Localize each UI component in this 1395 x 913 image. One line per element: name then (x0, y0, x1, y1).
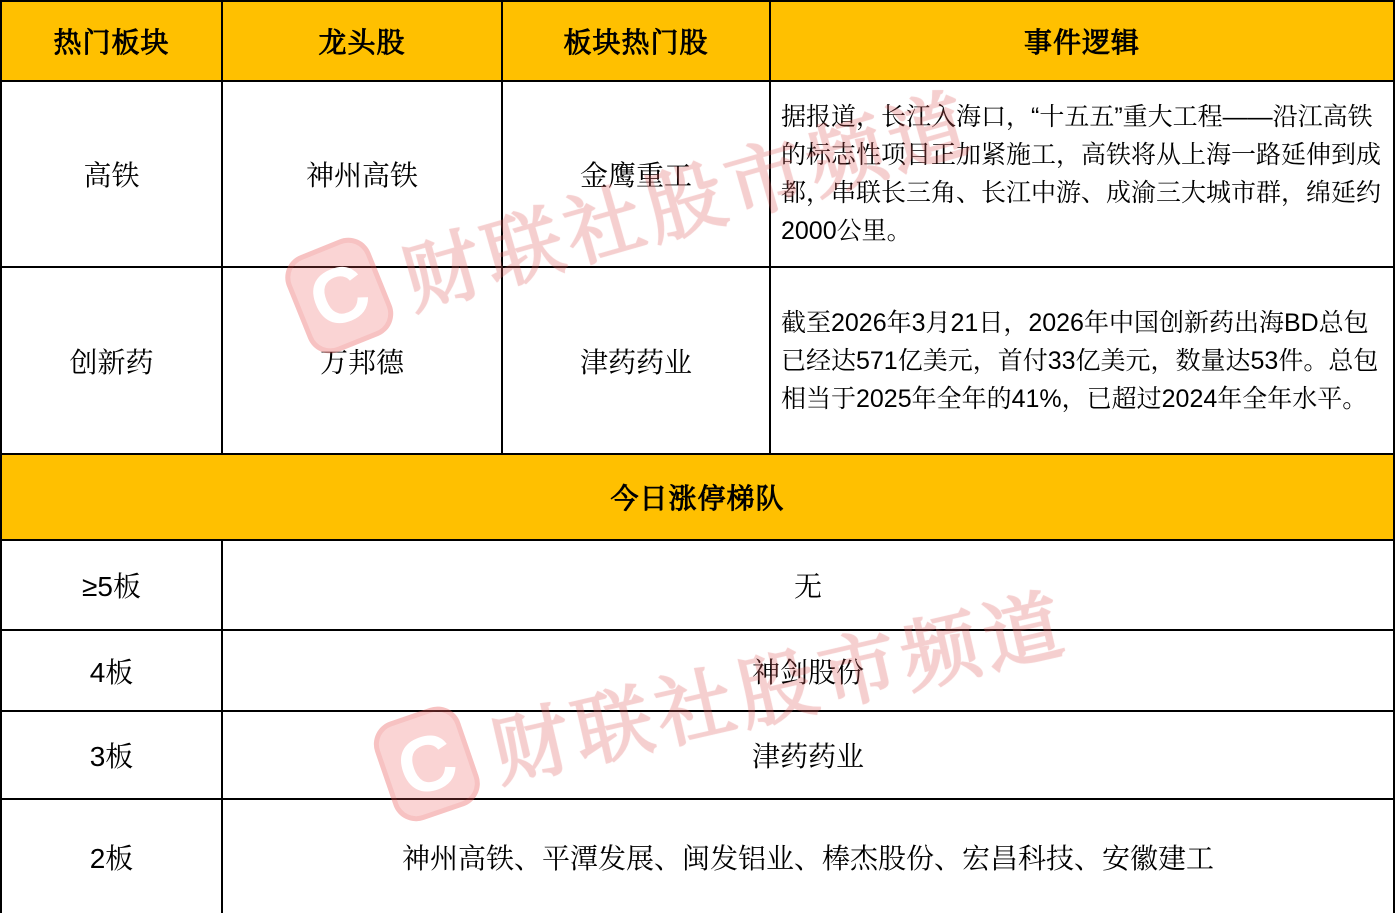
cell-hotstock-innovative-drug: 津药药业 (503, 268, 771, 455)
ladder-tier-2: 2板 (2, 800, 223, 913)
cell-leader-innovative-drug: 万邦德 (223, 268, 503, 455)
col-header-event-logic: 事件逻辑 (771, 2, 1393, 82)
ladder-stocks-2: 神州高铁、平潭发展、闽发铝业、棒杰股份、宏昌科技、安徽建工 (223, 800, 1393, 913)
ladder-stocks-3: 津药药业 (223, 712, 1393, 800)
col-header-sector-hot-stock: 板块热门股 (503, 2, 771, 82)
cell-sector-highspeed-rail: 高铁 (2, 82, 223, 268)
ladder-stocks-4: 神剑股份 (223, 631, 1393, 712)
cell-leader-highspeed-rail: 神州高铁 (223, 82, 503, 268)
hot-sector-table: 热门板块 龙头股 板块热门股 事件逻辑 高铁 神州高铁 金鹰重工 据报道，长江入… (0, 0, 1395, 913)
stock-table-page: 热门板块 龙头股 板块热门股 事件逻辑 高铁 神州高铁 金鹰重工 据报道，长江入… (0, 0, 1395, 913)
ladder-stocks-5plus: 无 (223, 541, 1393, 631)
ladder-tier-4: 4板 (2, 631, 223, 712)
cell-logic-innovative-drug: 截至2026年3月21日，2026年中国创新药出海BD总包已经达571亿美元，首… (771, 268, 1393, 455)
ladder-tier-5plus: ≥5板 (2, 541, 223, 631)
ladder-tier-3: 3板 (2, 712, 223, 800)
cell-sector-innovative-drug: 创新药 (2, 268, 223, 455)
cell-logic-highspeed-rail: 据报道，长江入海口，“十五五”重大工程——沿江高铁的标志性项目正加紧施工，高铁将… (771, 82, 1393, 268)
cell-hotstock-highspeed-rail: 金鹰重工 (503, 82, 771, 268)
limit-up-ladder-title: 今日涨停梯队 (2, 455, 1393, 541)
col-header-hot-sector: 热门板块 (2, 2, 223, 82)
col-header-leader-stock: 龙头股 (223, 2, 503, 82)
